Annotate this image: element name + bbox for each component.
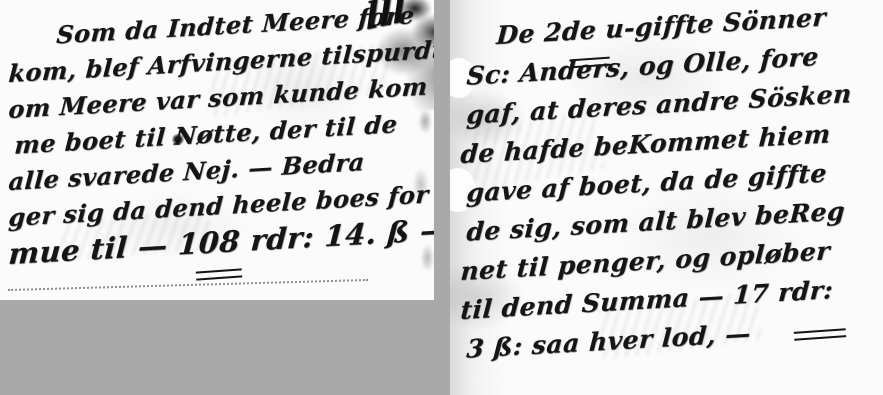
right-manuscript-page: De 2de u-giffte Sönner Sc: Anders, og Ol… [450, 0, 883, 395]
faint-dotted-rule [8, 279, 368, 291]
left-page-text-block: Som da Indtet Meere fore kom, blef Arfvi… [0, 0, 434, 272]
scanned-manuscript-spread: lll Som da Indtet Meere fore kom, blef A… [0, 0, 883, 395]
left-manuscript-page: lll Som da Indtet Meere fore kom, blef A… [0, 0, 434, 300]
double-underline [196, 268, 243, 280]
right-page-text-block: De 2de u-giffte Sönner Sc: Anders, og Ol… [450, 0, 883, 369]
